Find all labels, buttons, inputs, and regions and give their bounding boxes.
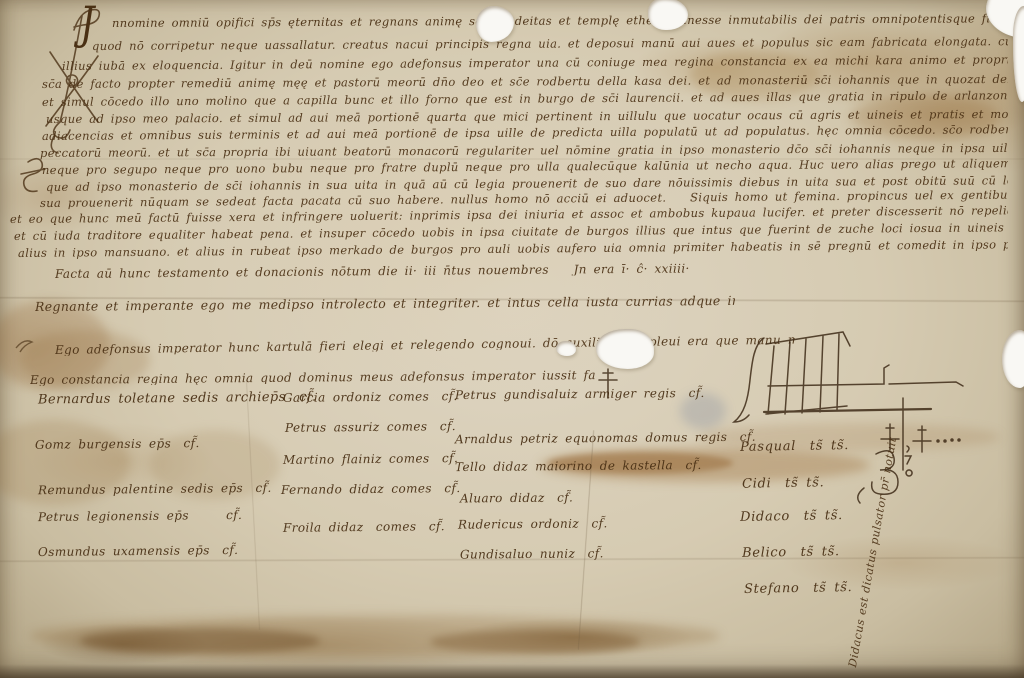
subscription-entry: Arnaldus petriz equonomas domus regis cf… [455, 431, 756, 446]
subscription-entry: Gomz burgensis ep̄s cf̃. [35, 437, 200, 451]
subscription-entry: Gundisaluo nuniz cf̃. [460, 547, 604, 560]
witness-entry: Belico ts̃ ts̃. [742, 545, 840, 560]
subscription-entry: Remundus palentine sedis ep̄s cf̃. [38, 482, 272, 496]
margin-flourish-icon [14, 336, 40, 354]
parchment-charter-photo: J nnomine omniū opifici sp̄s ęternitas e… [0, 0, 1024, 678]
subscription-entry: Tello didaz maiorino de kastella cf̃. [455, 459, 702, 473]
witness-entry: Stefano ts̃ ts̃. [744, 581, 853, 596]
witness-entry: Cidi ts̃ ts̃. [742, 476, 825, 490]
subscription-entry: Bernardus toletane sedis archiep̄s cf̃. [38, 391, 317, 407]
witness-entry: Pasqual ts̃ ts̃. [740, 439, 849, 454]
subscription-entry: Rudericus ordoniz cf̃. [458, 517, 608, 530]
subscription-entry: Petrus assuriz comes cf̃. [285, 420, 456, 434]
subscription-entry: Petrus legionensis ep̄s cf̃. [38, 509, 242, 523]
subscription-entry: Osmundus uxamensis ep̄s cf̃. [38, 544, 238, 558]
subscription-entry: Petrus gundisaluiz armiger regis cf̃. [455, 387, 705, 401]
parchment-hole [596, 329, 654, 369]
bottom-shadow [0, 664, 1024, 678]
subscription-entry: Martino flainiz comes cf̃. [283, 452, 458, 466]
subscription-entry: Fernando didaz comes cf̃. [281, 482, 461, 496]
witness-entry: Didaco ts̃ ts̃. [740, 509, 843, 524]
subscription-entry: Aluaro didaz cf̃. [460, 492, 573, 505]
subscription-entry: Garcia ordoniz comes cf̃. [283, 390, 458, 404]
parchment-hole [556, 341, 576, 356]
royal-signum-drawing [726, 322, 976, 522]
subscription-entry: Froila didaz comes cf̃. [283, 520, 445, 534]
